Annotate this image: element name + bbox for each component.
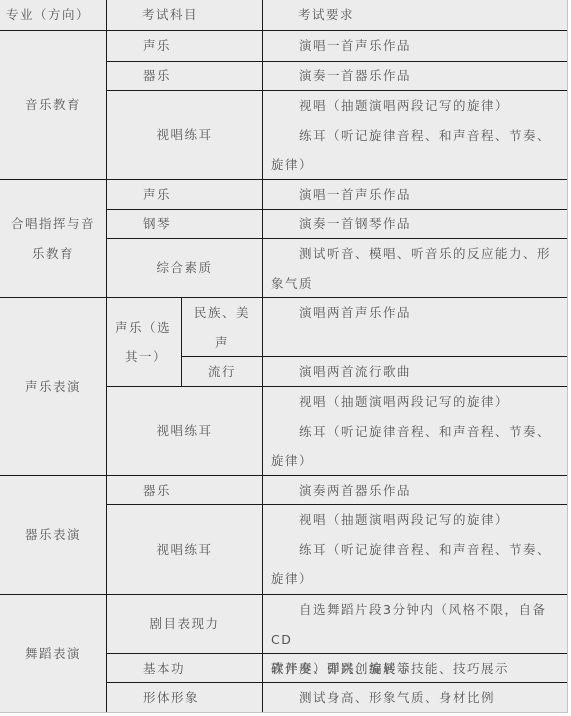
requirement-cell: 测试听音、模唱、听音乐的反应能力、形 象气质	[263, 239, 567, 297]
requirement-cell: 视唱（抽题演唱两段记写的旋律） 练耳（听记旋律音程、和声音程、节奏、 旋律）	[263, 91, 567, 179]
column-divider	[106, 0, 107, 712]
major-choral-conducting: 合唱指挥与音 乐教育	[0, 180, 106, 297]
sub-option-cell: 民族、美 声	[182, 298, 262, 356]
row-divider	[0, 297, 567, 298]
subject-cell: 声乐（选 其一）	[107, 298, 181, 386]
subject-cell: 声乐	[107, 180, 262, 209]
subject-cell: 基本功	[107, 654, 262, 683]
major-instrumental-performance: 器乐表演	[0, 476, 106, 594]
requirement-cell: 软开度、弹跳、旋转等技能、技巧展示	[263, 654, 567, 683]
requirement-cell: 自选舞蹈片段3分钟内（风格不限，自备CD 碟伴奏）即兴创编展示	[263, 595, 567, 653]
requirement-cell: 演奏一首钢琴作品	[263, 209, 567, 238]
subject-cell: 视唱练耳	[107, 91, 262, 179]
requirement-cell: 演唱一首声乐作品	[263, 31, 567, 61]
subject-cell: 钢琴	[107, 209, 262, 238]
row-divider	[106, 504, 567, 505]
row-divider	[106, 90, 567, 91]
row-divider	[181, 356, 567, 357]
row-divider	[106, 386, 567, 387]
subject-cell: 器乐	[107, 61, 262, 90]
major-label: 音乐教育	[25, 90, 81, 120]
row-divider	[106, 682, 567, 683]
requirement-cell: 测试身高、形象气质、身材比例	[263, 683, 567, 712]
header-subject: 考试科目	[142, 0, 262, 30]
sub-option-cell: 流行	[182, 357, 262, 386]
row-divider	[106, 209, 567, 210]
major-dance-performance: 舞蹈表演	[0, 595, 106, 712]
exam-requirements-table: 专业（方向） 考试科目 考试要求 音乐教育 声乐 演唱一首声乐作品 器乐 演奏一…	[0, 0, 568, 713]
subject-cell: 声乐	[107, 31, 262, 61]
subject-cell: 剧目表现力	[107, 595, 262, 653]
row-divider	[106, 653, 567, 654]
requirement-cell: 演唱两首流行歌曲	[263, 357, 567, 386]
subject-cell: 视唱练耳	[107, 505, 262, 594]
requirement-cell: 演唱一首声乐作品	[263, 180, 567, 209]
requirement-cell: 视唱（抽题演唱两段记写的旋律） 练耳（听记旋律音程、和声音程、节奏、 旋律）	[263, 387, 567, 475]
header-requirement: 考试要求	[298, 0, 498, 30]
requirement-cell: 视唱（抽题演唱两段记写的旋律） 练耳（听记旋律音程、和声音程、节奏、 旋律）	[263, 505, 567, 594]
subject-cell: 综合素质	[107, 239, 262, 297]
requirement-cell: 演奏两首器乐作品	[263, 476, 567, 505]
subject-cell: 器乐	[107, 476, 262, 505]
column-divider	[181, 297, 182, 386]
row-divider	[106, 61, 567, 62]
major-vocal-performance: 声乐表演	[0, 298, 106, 475]
row-divider	[0, 30, 567, 31]
row-divider	[0, 594, 567, 595]
row-divider	[0, 179, 567, 180]
row-divider	[106, 238, 567, 239]
subject-cell: 形体形象	[107, 683, 262, 712]
requirement-cell: 演奏一首器乐作品	[263, 61, 567, 90]
header-major: 专业（方向）	[6, 0, 106, 30]
requirement-cell: 演唱两首声乐作品	[263, 298, 567, 356]
major-music-education: 音乐教育	[0, 31, 106, 179]
row-divider	[0, 475, 567, 476]
subject-cell: 视唱练耳	[107, 387, 262, 475]
